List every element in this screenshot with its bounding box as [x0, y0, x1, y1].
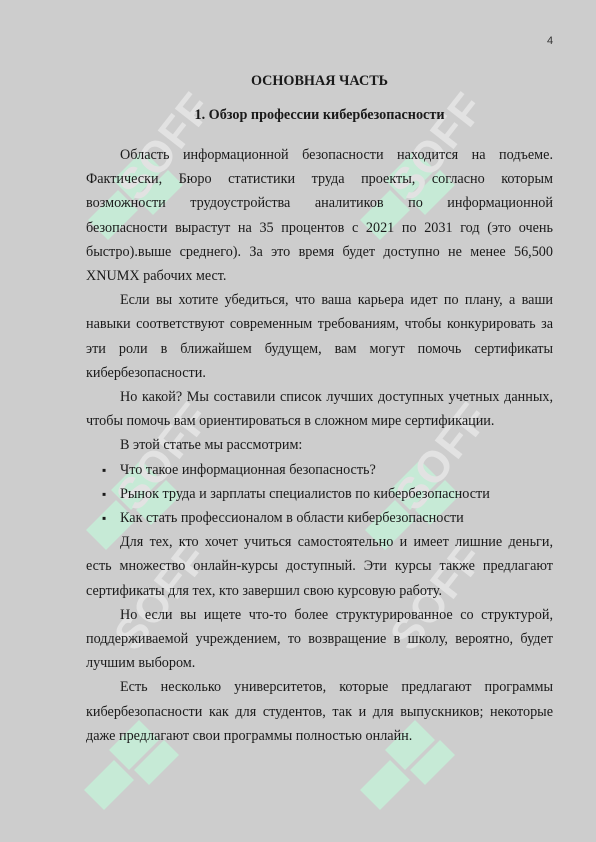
paragraph: Но какой? Мы составили список лучших дос…: [86, 385, 553, 433]
section-title: ОСНОВНАЯ ЧАСТЬ: [86, 73, 553, 90]
list-item-text: Что такое информационная безопасность?: [120, 462, 376, 478]
list-item-text: Как стать профессионалом в области кибер…: [120, 510, 464, 526]
paragraph-list-intro: В этой статье мы рассмотрим:: [86, 433, 553, 457]
paragraph: Область информационной безопасности нахо…: [86, 143, 553, 288]
bullet-list: ▪ Что такое информационная безопасность?…: [86, 458, 553, 531]
bullet-icon: ▪: [102, 506, 106, 530]
bullet-icon: ▪: [102, 458, 106, 482]
section-subtitle: 1. Обзор профессии кибербезопасности: [86, 107, 553, 124]
page-number: 4: [547, 35, 553, 47]
paragraph: Для тех, кто хочет учиться самостоятельн…: [86, 530, 553, 603]
list-item-text: Рынок труда и зарплаты специалистов по к…: [120, 486, 490, 502]
list-item: ▪ Рынок труда и зарплаты специалистов по…: [86, 482, 553, 506]
document-body: Область информационной безопасности нахо…: [86, 143, 553, 748]
list-item: ▪ Что такое информационная безопасность?: [86, 458, 553, 482]
paragraph: Есть несколько университетов, которые пр…: [86, 675, 553, 748]
paragraph: Если вы хотите убедиться, что ваша карье…: [86, 288, 553, 385]
list-item: ▪ Как стать профессионалом в области киб…: [86, 506, 553, 530]
paragraph: Но если вы ищете что-то более структурир…: [86, 603, 553, 676]
bullet-icon: ▪: [102, 482, 106, 506]
document-page: SOFF SOFF SOFF: [0, 0, 596, 842]
